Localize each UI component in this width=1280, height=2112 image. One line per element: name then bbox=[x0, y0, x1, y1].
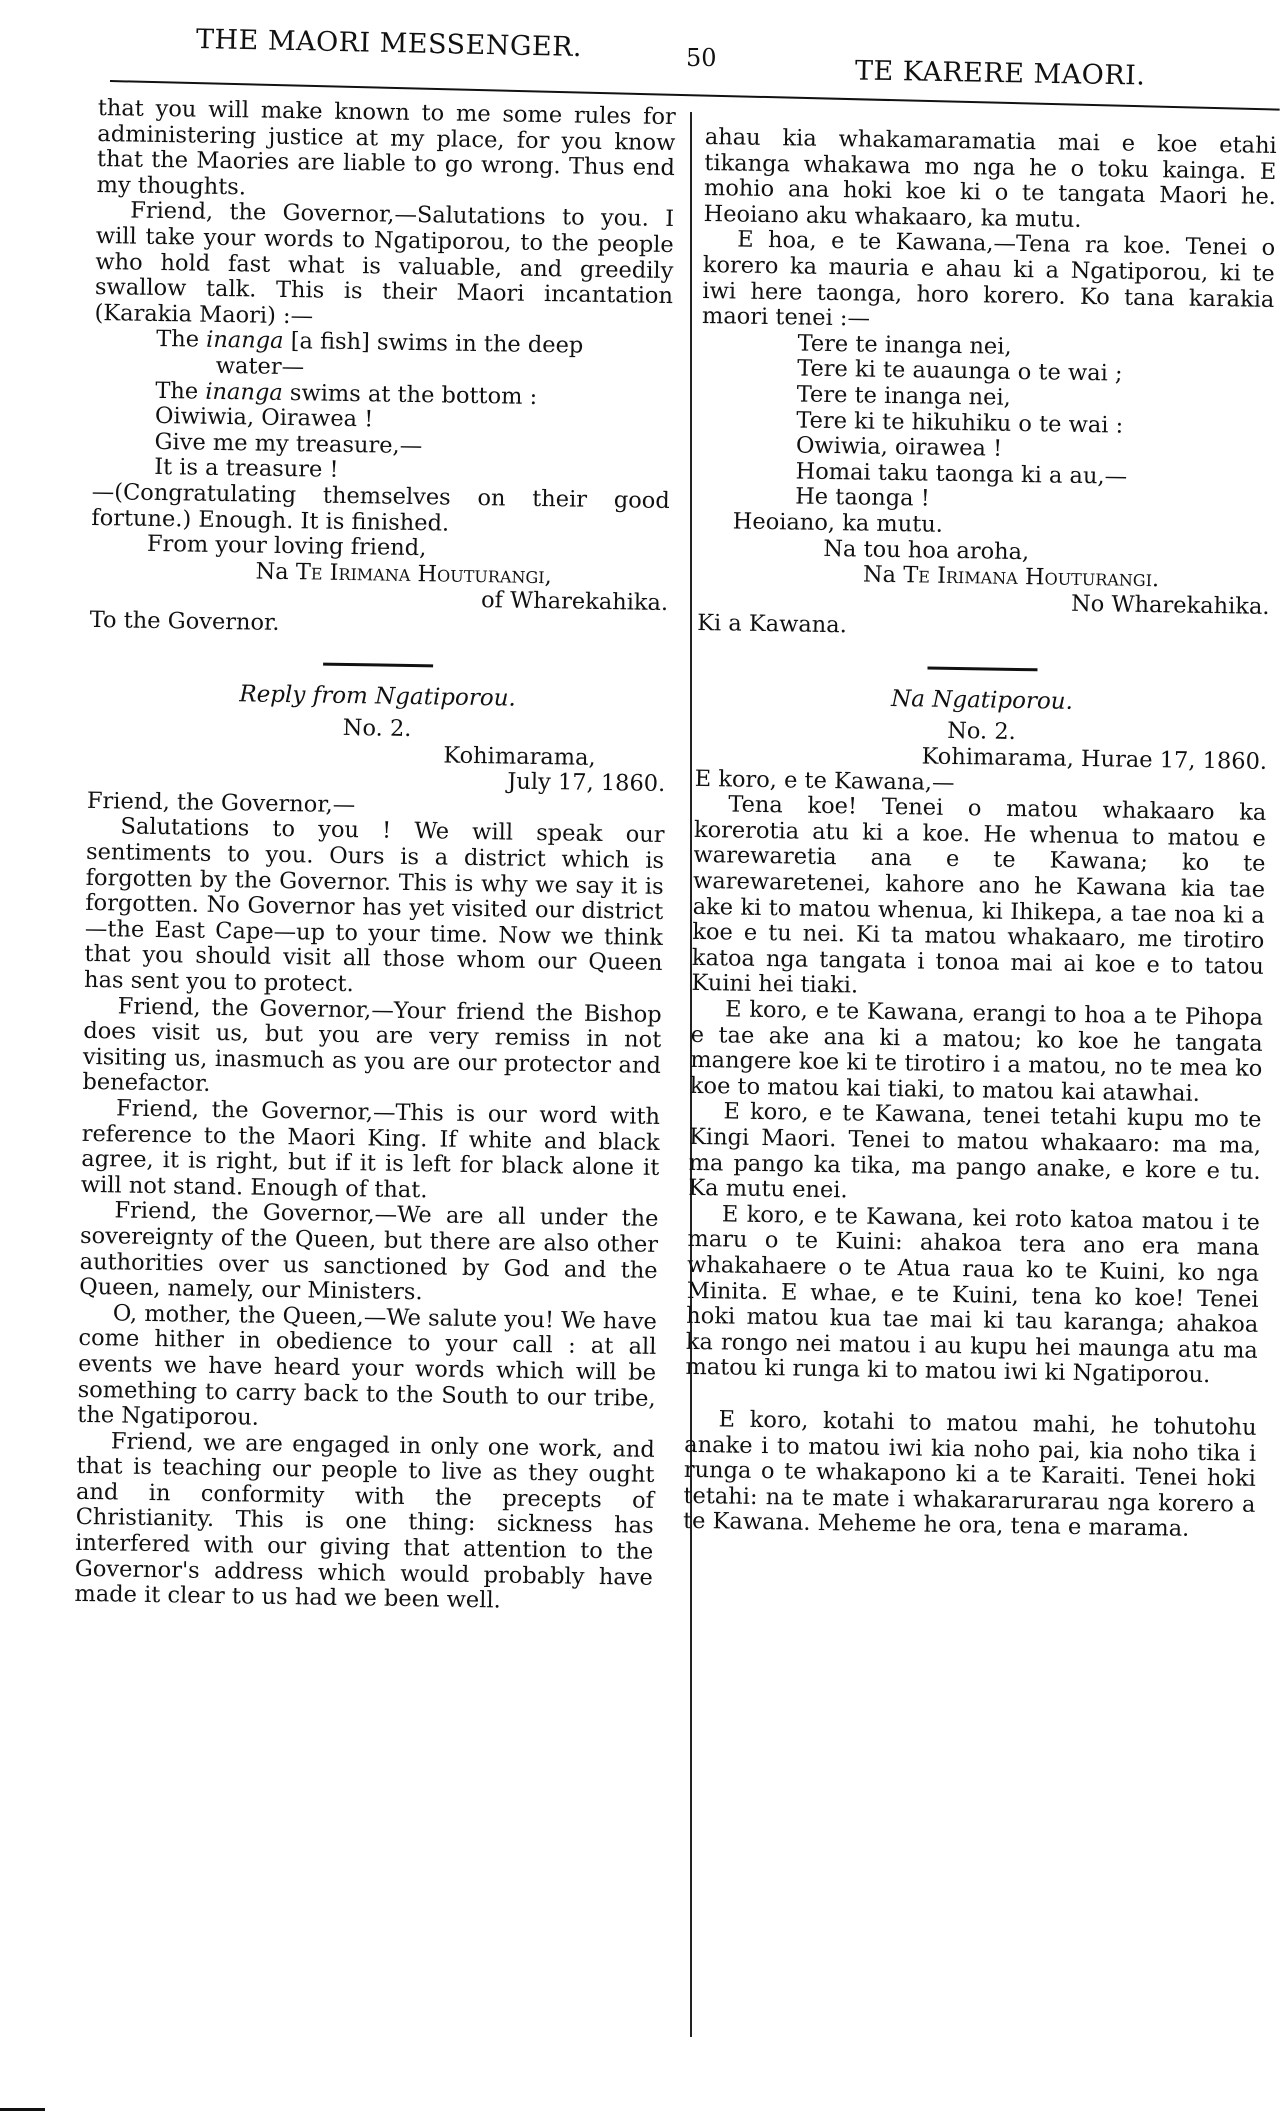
maori-column: ahau kia whakamaramatia mai e koe etahi … bbox=[683, 125, 1277, 1544]
paragraph: E koro, e te Kawana, kei roto katoa mato… bbox=[685, 1202, 1260, 1390]
karakia-verse: Tere te inanga nei, Tere ki te auaunga o… bbox=[795, 331, 1274, 518]
section-rule bbox=[927, 666, 1037, 671]
english-masthead: THE MAORI MESSENGER. bbox=[196, 24, 583, 63]
paragraph: Friend, the Governor,—This is our word w… bbox=[81, 1096, 661, 1207]
incantation-verse: The inanga [a fish] swims in the deep wa… bbox=[154, 327, 672, 489]
paragraph: ahau kia whakamaramatia mai e koe etahi … bbox=[703, 125, 1277, 236]
page-number: 50 bbox=[686, 44, 717, 72]
page-header: THE MAORI MESSENGER. 50 TE KARERE MAORI. bbox=[0, 22, 1280, 82]
paragraph: E koro, e te Kawana, erangi to hoa a te … bbox=[690, 997, 1264, 1108]
paragraph: E koro, kotahi to matou mahi, he tohutoh… bbox=[683, 1407, 1257, 1544]
paragraph: Salutations to you ! We will speak our s… bbox=[84, 814, 665, 1002]
section-title: Na Ngatiporou. bbox=[696, 684, 1268, 719]
paragraph: Friend, we are engaged in only one work,… bbox=[74, 1429, 655, 1617]
english-column: that you will make known to me some rule… bbox=[74, 96, 676, 1617]
paragraph: O, mother, the Queen,—We salute you! We … bbox=[77, 1301, 657, 1438]
paragraph: Friend, the Governor,—We are all under t… bbox=[79, 1198, 659, 1309]
paragraph: Tena koe! Tenei o matou whakaaro ka kore… bbox=[691, 792, 1266, 1006]
paragraph: E hoa, e te Kawana,—Tena ra koe. Tenei o… bbox=[702, 227, 1276, 338]
paragraph: Friend, the Governor,—Your friend the Bi… bbox=[82, 993, 662, 1104]
newspaper-page: THE MAORI MESSENGER. 50 TE KARERE MAORI.… bbox=[0, 0, 1280, 2112]
paragraph: E koro, e te Kawana, tenei tetahi kupu m… bbox=[688, 1099, 1262, 1210]
maori-masthead: TE KARERE MAORI. bbox=[855, 55, 1146, 91]
paragraph: Friend, the Governor,—Salutations to you… bbox=[94, 198, 674, 335]
footer-rule bbox=[0, 2108, 45, 2111]
paragraph: that you will make known to me some rule… bbox=[96, 96, 676, 207]
section-rule bbox=[323, 663, 433, 668]
section-title: Reply from Ngatiporou. bbox=[88, 680, 666, 715]
